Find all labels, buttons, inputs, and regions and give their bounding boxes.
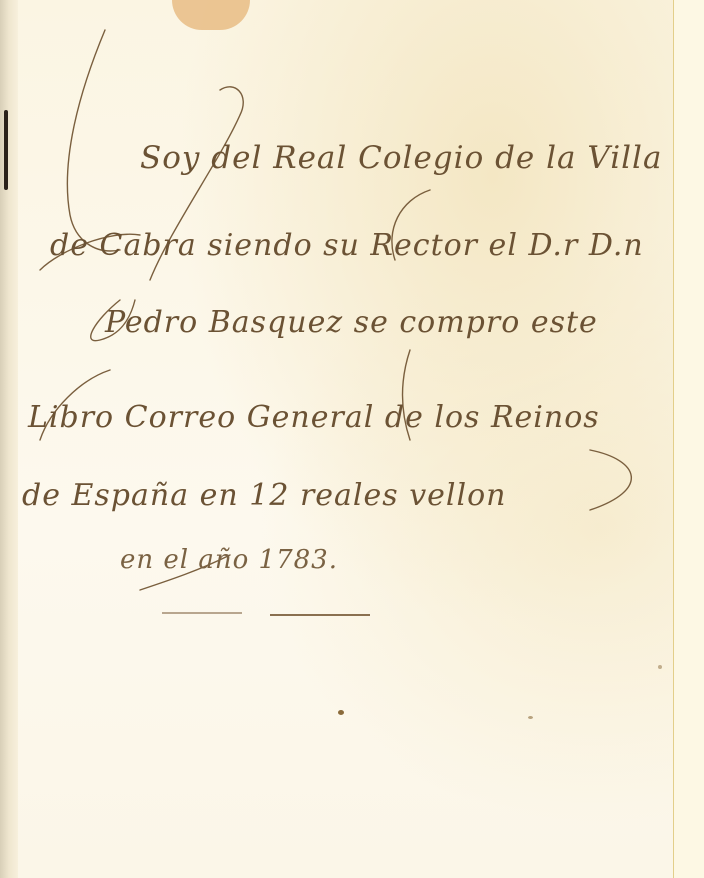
- manuscript-line-3: Pedro Basquez se compro este: [105, 305, 598, 340]
- binding-thread: [4, 110, 8, 190]
- ink-speck: [338, 710, 344, 715]
- manuscript-line-6: en el año 1783.: [120, 545, 338, 575]
- closing-rule-left: [162, 612, 242, 614]
- ink-speck: [658, 665, 662, 669]
- manuscript-line-5: de España en 12 reales vellon: [22, 478, 506, 513]
- flourish-right-s: [590, 450, 631, 510]
- page-edge-margin: [674, 0, 704, 878]
- closing-rule-right: [270, 614, 370, 616]
- paper-stain: [172, 0, 250, 30]
- pen-flourishes: [0, 0, 704, 878]
- manuscript-line-1: Soy del Real Colegio de la Villa: [140, 140, 662, 176]
- page-edge-line: [673, 0, 674, 878]
- binding-spine: [0, 0, 18, 878]
- manuscript-line-4: Libro Correo General de los Reinos: [28, 400, 600, 435]
- ink-speck: [528, 716, 533, 719]
- manuscript-line-2: de Cabra siendo su Rector el D.r D.n: [50, 228, 644, 263]
- manuscript-page: Soy del Real Colegio de la Villa de Cabr…: [0, 0, 704, 878]
- flourish-left-loop: [67, 30, 120, 251]
